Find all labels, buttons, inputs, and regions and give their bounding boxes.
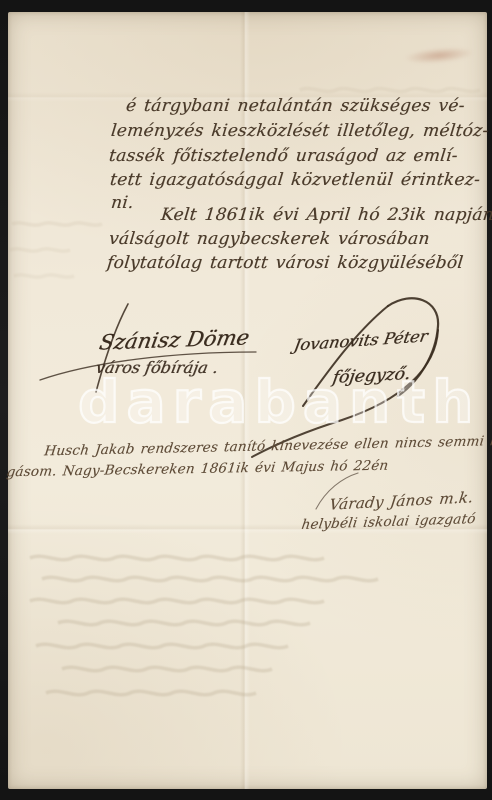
manuscript-line: ni. xyxy=(110,193,135,213)
document-photo: é tárgybani netalántán szükséges vé- lem… xyxy=(0,0,492,800)
manuscript-line: é tárgybani netalántán szükséges vé- xyxy=(125,96,466,116)
manuscript-line: tassék főtisztelendő uraságod az emlí- xyxy=(108,146,459,166)
darabanth-watermark: darabanth xyxy=(78,368,480,436)
manuscript-line: tett igazgatósággal közvetlenül érintkez… xyxy=(109,170,481,190)
dateline-line: Kelt 1861ik évi April hó 23ik napján xyxy=(160,205,492,225)
dateline-line: válságolt nagybecskerek városában xyxy=(108,229,431,249)
manuscript-line: leményzés kieszközlését illetőleg, méltó… xyxy=(110,121,490,141)
dateline-line: folytatólag tartott városi közgyüléséből xyxy=(106,253,464,273)
